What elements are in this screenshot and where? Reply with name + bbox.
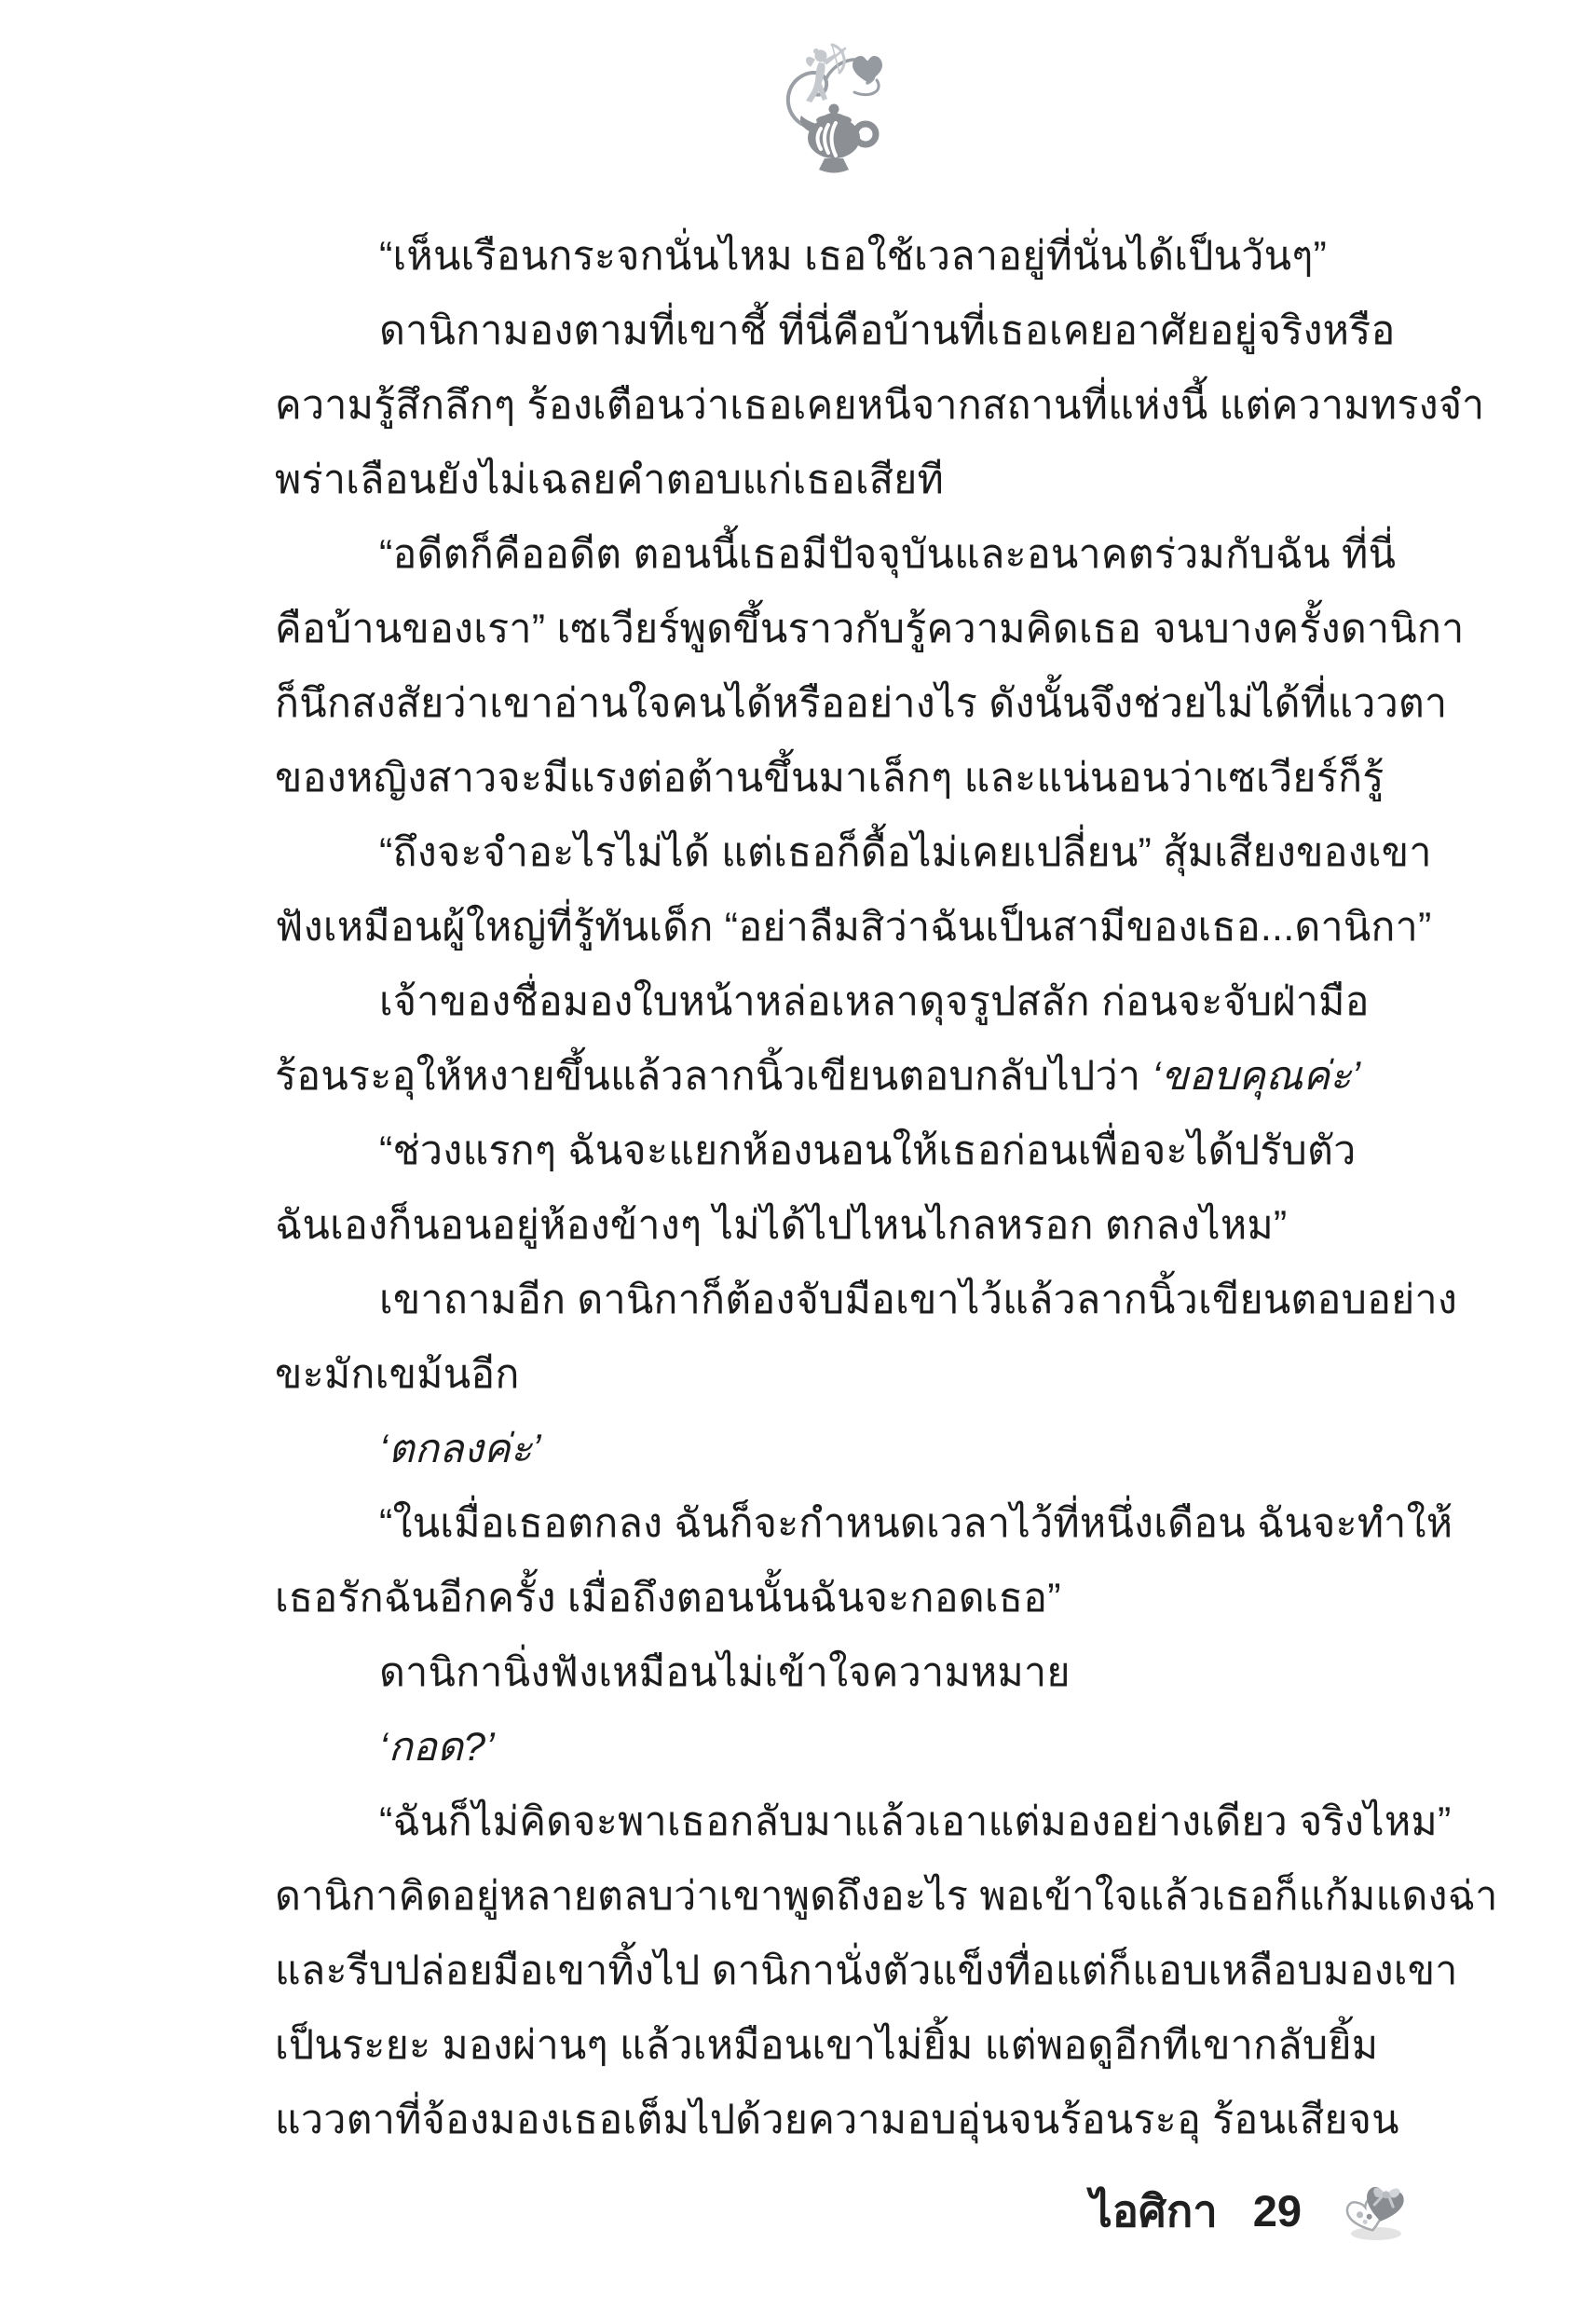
text-line: “เห็นเรือนกระจกนั่นไหม เธอใช้เวลาอยู่ที่… (275, 219, 1423, 294)
text-line: ดานิกาคิดอยู่หลายตลบว่าเขาพูดถึงอะไร พอเ… (275, 1859, 1423, 1934)
text-line: ก็นึกสงสัยว่าเขาอ่านใจคนได้หรืออย่างไร ด… (275, 666, 1423, 741)
text-line: เธอรักฉันอีกครั้ง เมื่อถึงตอนนั้นฉันจะกอ… (275, 1561, 1423, 1635)
text-line: และรีบปล่อยมือเขาทิ้งไป ดานิกานั่งตัวแข็… (275, 1934, 1423, 2008)
text-line: คือบ้านของเรา” เซเวียร์พูดขึ้นราวกับรู้ค… (275, 592, 1423, 666)
text-segment: เธอรักฉันอีกครั้ง เมื่อถึงตอนนั้นฉันจะกอ… (275, 1576, 1061, 1620)
page-footer: ไอศิกา 29 (1090, 2179, 1413, 2244)
text-line: พร่าเลือนยังไม่เฉลยคำตอบแก่เธอเสียที (275, 443, 1423, 517)
text-line: “ในเมื่อเธอตกลง ฉันก็จะกำหนดเวลาไว้ที่หน… (275, 1486, 1423, 1561)
text-segment: “ช่วงแรกๆ ฉันจะแยกห้องนอนให้เธอก่อนเพื่อ… (379, 1128, 1356, 1173)
heart-giftbox-icon (1339, 2179, 1413, 2244)
body-text: “เห็นเรือนกระจกนั่นไหม เธอใช้เวลาอยู่ที่… (275, 219, 1423, 2157)
text-line: ความรู้สึกลึกๆ ร้องเตือนว่าเธอเคยหนีจากส… (275, 368, 1423, 443)
text-segment: ร้อนระอุให้หงายขึ้นแล้วลากนิ้วเขียนตอบกล… (275, 1054, 1152, 1099)
text-segment: ความรู้สึกลึกๆ ร้องเตือนว่าเธอเคยหนีจากส… (275, 383, 1484, 428)
text-segment: คือบ้านของเรา” เซเวียร์พูดขึ้นราวกับรู้ค… (275, 607, 1464, 651)
text-line: ดานิกานิ่งฟังเหมือนไม่เข้าใจความหมาย (275, 1635, 1423, 1710)
text-segment: เขาถามอีก ดานิกาก็ต้องจับมือเขาไว้แล้วลา… (379, 1278, 1457, 1322)
text-line: “ถึงจะจำอะไรไม่ได้ แต่เธอก็ดื้อไม่เคยเปล… (275, 815, 1423, 890)
text-segment: ของหญิงสาวจะมีแรงต่อต้านขึ้นมาเล็กๆ และแ… (275, 756, 1385, 800)
text-line: “ฉันก็ไม่คิดจะพาเธอกลับมาแล้วเอาแต่มองอย… (275, 1785, 1423, 1859)
text-segment: แววตาที่จ้องมองเธอเต็มไปด้วยความอบอุ่นจน… (275, 2098, 1399, 2142)
genie-lamp-shape (800, 104, 876, 173)
text-line: ขะมักเขม้นอีก (275, 1337, 1423, 1412)
text-segment: เป็นระยะ มองผ่านๆ แล้วเหมือนเขาไม่ยิ้ม แ… (275, 2023, 1378, 2068)
book-page: “เห็นเรือนกระจกนั่นไหม เธอใช้เวลาอยู่ที่… (0, 0, 1596, 2311)
header-ornament (777, 37, 894, 177)
text-segment: ดานิกานิ่งฟังเหมือนไม่เข้าใจความหมาย (379, 1650, 1071, 1695)
text-segment: “อดีตก็คืออดีต ตอนนี้เธอมีปัจจุบันและอนา… (379, 532, 1396, 577)
text-line: เขาถามอีก ดานิกาก็ต้องจับมือเขาไว้แล้วลา… (275, 1263, 1423, 1337)
text-line: “อดีตก็คืออดีต ตอนนี้เธอมีปัจจุบันและอนา… (275, 517, 1423, 592)
text-line: “ช่วงแรกๆ ฉันจะแยกห้องนอนให้เธอก่อนเพื่อ… (275, 1114, 1423, 1188)
text-segment: ฉันเองก็นอนอยู่ห้องข้างๆ ไม่ได้ไปไหนไกลห… (275, 1203, 1287, 1248)
text-segment: เจ้าของชื่อมองใบหน้าหล่อเหลาดุจรูปสลัก ก… (379, 979, 1370, 1024)
text-segment: “ฉันก็ไม่คิดจะพาเธอกลับมาแล้วเอาแต่มองอย… (379, 1799, 1452, 1844)
text-segment: ฟังเหมือนผู้ใหญ่ที่รู้ทันเด็ก “อย่าลืมสิ… (275, 905, 1432, 950)
text-line: เจ้าของชื่อมองใบหน้าหล่อเหลาดุจรูปสลัก ก… (275, 964, 1423, 1039)
text-segment: ดานิกามองตามที่เขาชี้ ที่นี่คือบ้านที่เธ… (379, 308, 1396, 353)
text-line: ‘กอด?’ (275, 1710, 1423, 1785)
text-line: แววตาที่จ้องมองเธอเต็มไปด้วยความอบอุ่นจน… (275, 2083, 1423, 2157)
text-line: ‘ตกลงค่ะ’ (275, 1412, 1423, 1486)
text-segment: “ถึงจะจำอะไรไม่ได้ แต่เธอก็ดื้อไม่เคยเปล… (379, 830, 1432, 875)
text-line: เป็นระยะ มองผ่านๆ แล้วเหมือนเขาไม่ยิ้ม แ… (275, 2008, 1423, 2083)
book-title: ไอศิกา (1090, 2182, 1218, 2240)
text-segment: พร่าเลือนยังไม่เฉลยคำตอบแก่เธอเสียที (275, 458, 944, 502)
page-number: 29 (1253, 2182, 1302, 2240)
text-segment: “เห็นเรือนกระจกนั่นไหม เธอใช้เวลาอยู่ที่… (379, 234, 1327, 279)
text-segment: ขะมักเขม้นอีก (275, 1352, 520, 1397)
text-line: ฟังเหมือนผู้ใหญ่ที่รู้ทันเด็ก “อย่าลืมสิ… (275, 890, 1423, 964)
text-segment: ดานิกาคิดอยู่หลายตลบว่าเขาพูดถึงอะไร พอเ… (275, 1874, 1498, 1919)
text-segment: และรีบปล่อยมือเขาทิ้งไป ดานิกานั่งตัวแข็… (275, 1949, 1458, 1993)
text-segment: ก็นึกสงสัยว่าเขาอ่านใจคนได้หรืออย่างไร ด… (275, 681, 1447, 726)
text-line: ร้อนระอุให้หงายขึ้นแล้วลากนิ้วเขียนตอบกล… (275, 1039, 1423, 1114)
handwritten-reply-text: ‘กอด?’ (379, 1725, 495, 1770)
text-line: ของหญิงสาวจะมีแรงต่อต้านขึ้นมาเล็กๆ และแ… (275, 741, 1423, 815)
handwritten-reply-text: ‘ตกลงค่ะ’ (379, 1427, 541, 1471)
heart-shape (853, 56, 882, 82)
handwritten-reply-text: ‘ขอบคุณค่ะ’ (1152, 1054, 1360, 1099)
text-line: ดานิกามองตามที่เขาชี้ ที่นี่คือบ้านที่เธ… (275, 294, 1423, 368)
genie-lamp-cupid-icon (777, 37, 894, 177)
text-line: ฉันเองก็นอนอยู่ห้องข้างๆ ไม่ได้ไปไหนไกลห… (275, 1188, 1423, 1263)
text-segment: “ในเมื่อเธอตกลง ฉันก็จะกำหนดเวลาไว้ที่หน… (379, 1501, 1453, 1546)
